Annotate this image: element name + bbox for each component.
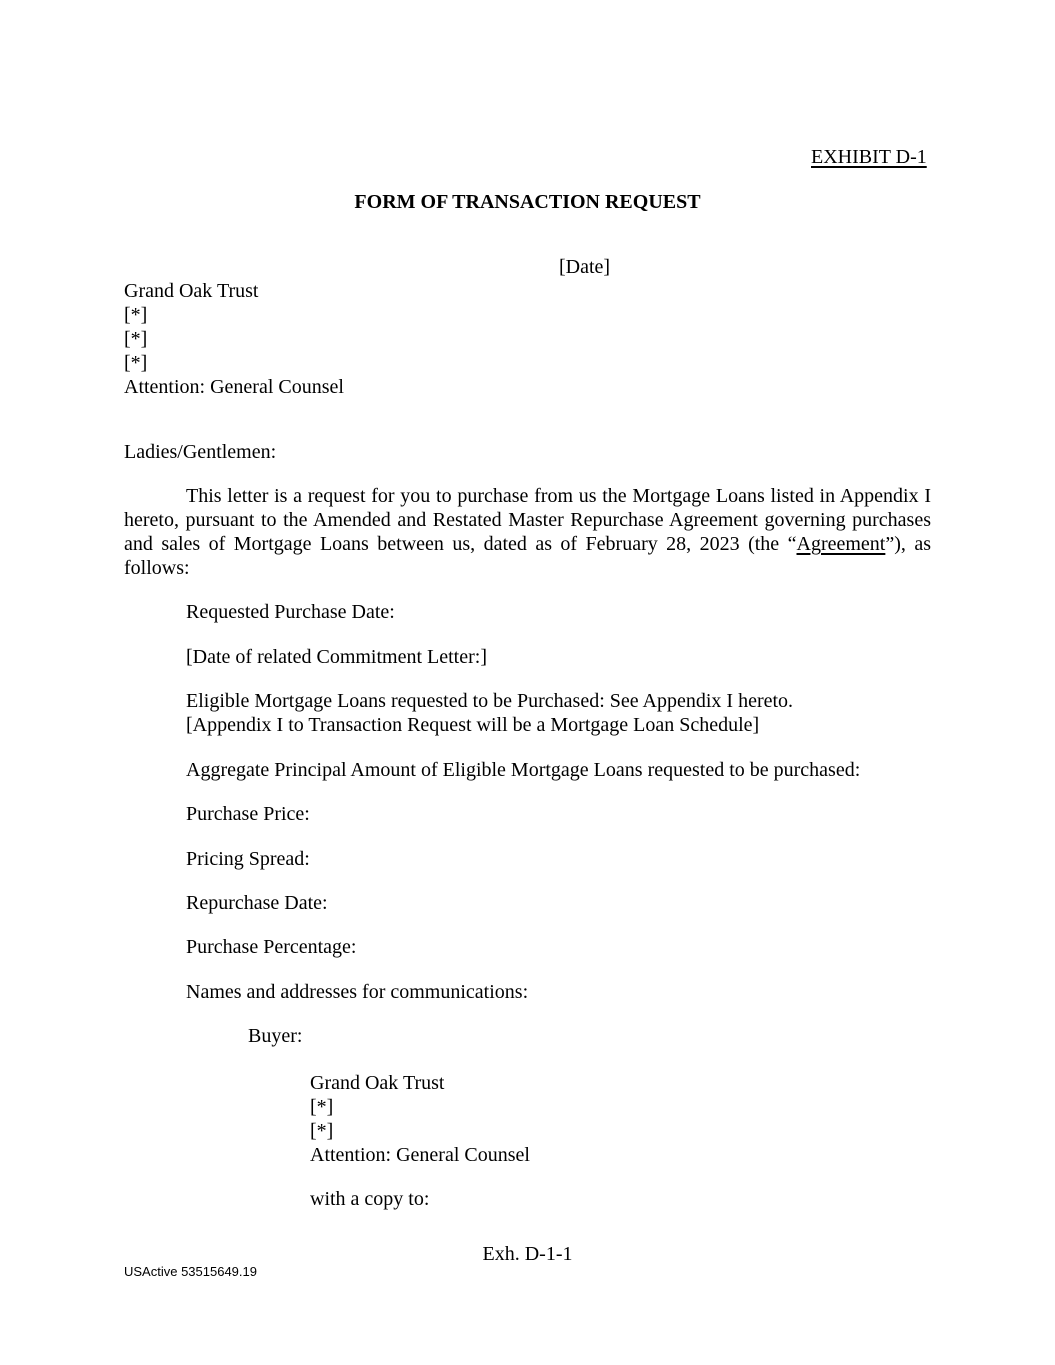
page-number: Exh. D-1-1: [0, 1242, 1055, 1266]
field-aggregate-principal: Aggregate Principal Amount of Eligible M…: [186, 758, 860, 782]
addressee-line: [*]: [124, 303, 147, 327]
defined-term-agreement: Agreement: [797, 533, 886, 555]
buyer-name: Grand Oak Trust: [310, 1071, 444, 1095]
addressee-line: [*]: [124, 327, 147, 351]
document-id: USActive 53515649.19: [124, 1264, 257, 1280]
field-purchase-price: Purchase Price:: [186, 802, 310, 826]
field-communications: Names and addresses for communications:: [186, 980, 528, 1004]
exhibit-label: EXHIBIT D-1: [811, 145, 927, 169]
buyer-label: Buyer:: [248, 1024, 302, 1048]
field-pricing-spread: Pricing Spread:: [186, 847, 310, 871]
buyer-attention: Attention: General Counsel: [310, 1143, 530, 1167]
salutation: Ladies/Gentlemen:: [124, 440, 276, 464]
field-eligible-loans: Eligible Mortgage Loans requested to be …: [186, 689, 793, 713]
buyer-address-line: [*]: [310, 1095, 333, 1119]
document-page: EXHIBIT D-1 FORM OF TRANSACTION REQUEST …: [0, 0, 1055, 1365]
field-eligible-loans-note: [Appendix I to Transaction Request will …: [186, 713, 759, 737]
date-placeholder: [Date]: [559, 255, 610, 279]
field-purchase-percentage: Purchase Percentage:: [186, 935, 356, 959]
document-title: FORM OF TRANSACTION REQUEST: [0, 190, 1055, 214]
buyer-address-line: [*]: [310, 1119, 333, 1143]
body-paragraph: This letter is a request for you to purc…: [124, 484, 931, 580]
field-commitment-letter-date: [Date of related Commitment Letter:]: [186, 645, 487, 669]
addressee-line: [*]: [124, 351, 147, 375]
field-requested-purchase-date: Requested Purchase Date:: [186, 600, 395, 624]
buyer-copy-to: with a copy to:: [310, 1187, 429, 1211]
addressee-attention: Attention: General Counsel: [124, 375, 344, 399]
addressee-name: Grand Oak Trust: [124, 279, 258, 303]
field-repurchase-date: Repurchase Date:: [186, 891, 328, 915]
